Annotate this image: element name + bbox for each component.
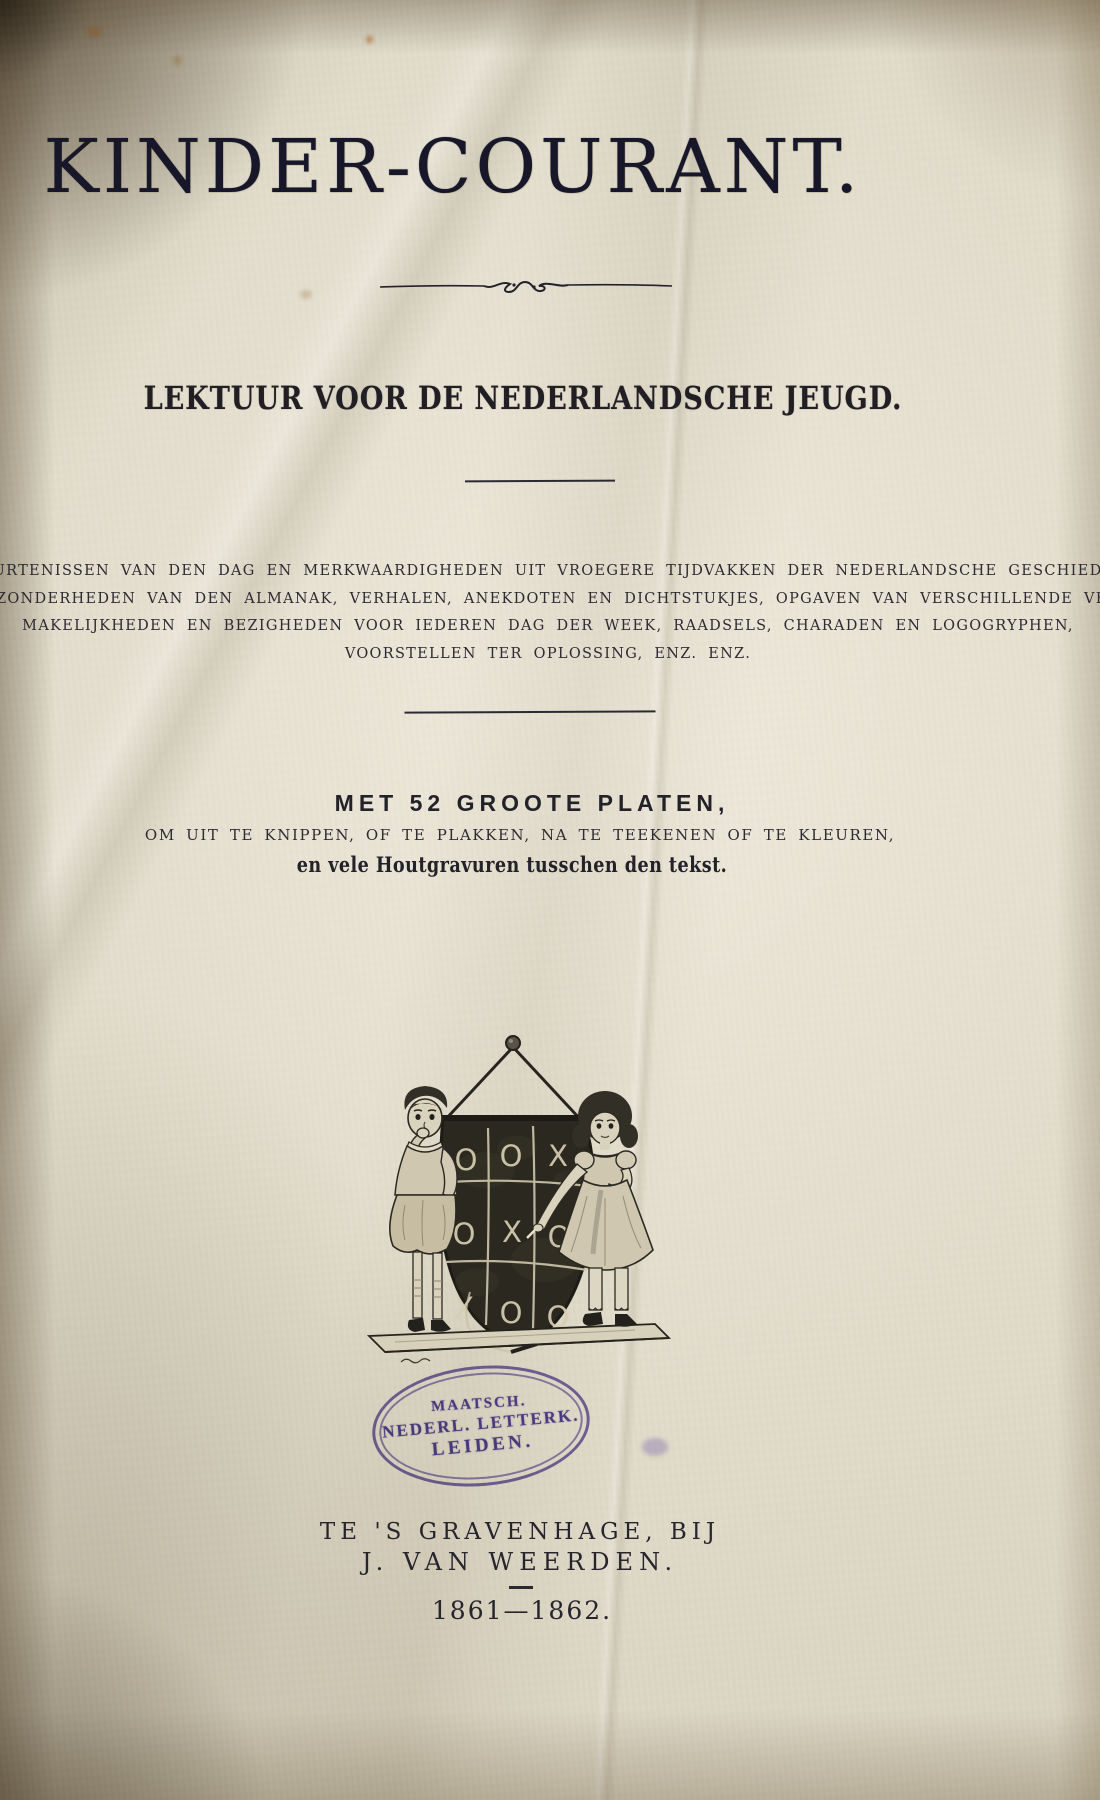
page-subtitle: LEKTUUR VOOR DE NEDERLANDSCHE JEUGD. xyxy=(144,379,903,417)
chalk-mark: O xyxy=(500,1296,523,1330)
stamp-ink-smudge xyxy=(642,1438,668,1456)
chalk-mark: X xyxy=(548,1139,568,1173)
foxing-spot xyxy=(300,290,312,299)
imprint-publisher: J. VAN WEERDEN. xyxy=(362,1548,678,1576)
divider-rule xyxy=(465,480,615,483)
description-line: BIJZONDERHEDEN VAN DEN ALMANAK, VERHALEN… xyxy=(0,586,1100,614)
chalk-mark: O xyxy=(500,1139,523,1173)
chalk-mark: X xyxy=(454,1291,474,1325)
chalk-mark: X xyxy=(502,1215,522,1249)
page-title: KINDER-COURANT. xyxy=(44,124,863,210)
foxing-spot xyxy=(173,56,182,65)
plates-heading: MET 52 GROOTE PLATEN, xyxy=(335,790,730,817)
imprint-dash xyxy=(509,1586,533,1589)
plates-note: en vele Houtgravuren tusschen den tekst. xyxy=(297,852,727,877)
divider-rule xyxy=(404,710,655,713)
chalk-marks: O O X O X O X O O xyxy=(453,1139,571,1334)
description-line: VOORSTELLEN TER OPLOSSING, ENZ. ENZ. xyxy=(0,641,1100,669)
description-line: MAKELIJKHEDEN EN BEZIGHEDEN VOOR IEDEREN… xyxy=(0,613,1100,641)
plates-subheading: OM UIT TE KNIPPEN, OF TE PLAKKEN, NA TE … xyxy=(145,826,895,844)
scanned-title-page: { "document": { "title": "KINDER-COURANT… xyxy=(0,0,1100,1800)
library-stamp: MAATSCH. NEDERL. LETTERK. LEIDEN. xyxy=(367,1357,595,1496)
foxing-spot xyxy=(86,26,102,37)
imprint-place: TE 'S GRAVENHAGE, BIJ xyxy=(320,1519,720,1545)
paper-background: KINDER-COURANT. LEKTUUR VOOR DE NEDERLAN… xyxy=(0,0,1100,1800)
description-line: GEBEURTENISSEN VAN DEN DAG EN MERKWAARDI… xyxy=(0,558,1100,586)
stamp-inner-border: MAATSCH. NEDERL. LETTERK. LEIDEN. xyxy=(375,1364,587,1487)
engraver-signature xyxy=(401,1359,430,1363)
foxing-spot xyxy=(366,36,373,43)
ornamental-divider xyxy=(376,272,676,298)
chalk-mark: O xyxy=(455,1143,478,1177)
description-block: GEBEURTENISSEN VAN DEN DAG EN MERKWAARDI… xyxy=(0,558,1100,668)
hanging-nail-and-cord xyxy=(445,1036,581,1120)
title-vignette-woodcut: O O X O X O X O O xyxy=(365,1030,675,1370)
publication-years: 1861—1862. xyxy=(432,1596,612,1625)
